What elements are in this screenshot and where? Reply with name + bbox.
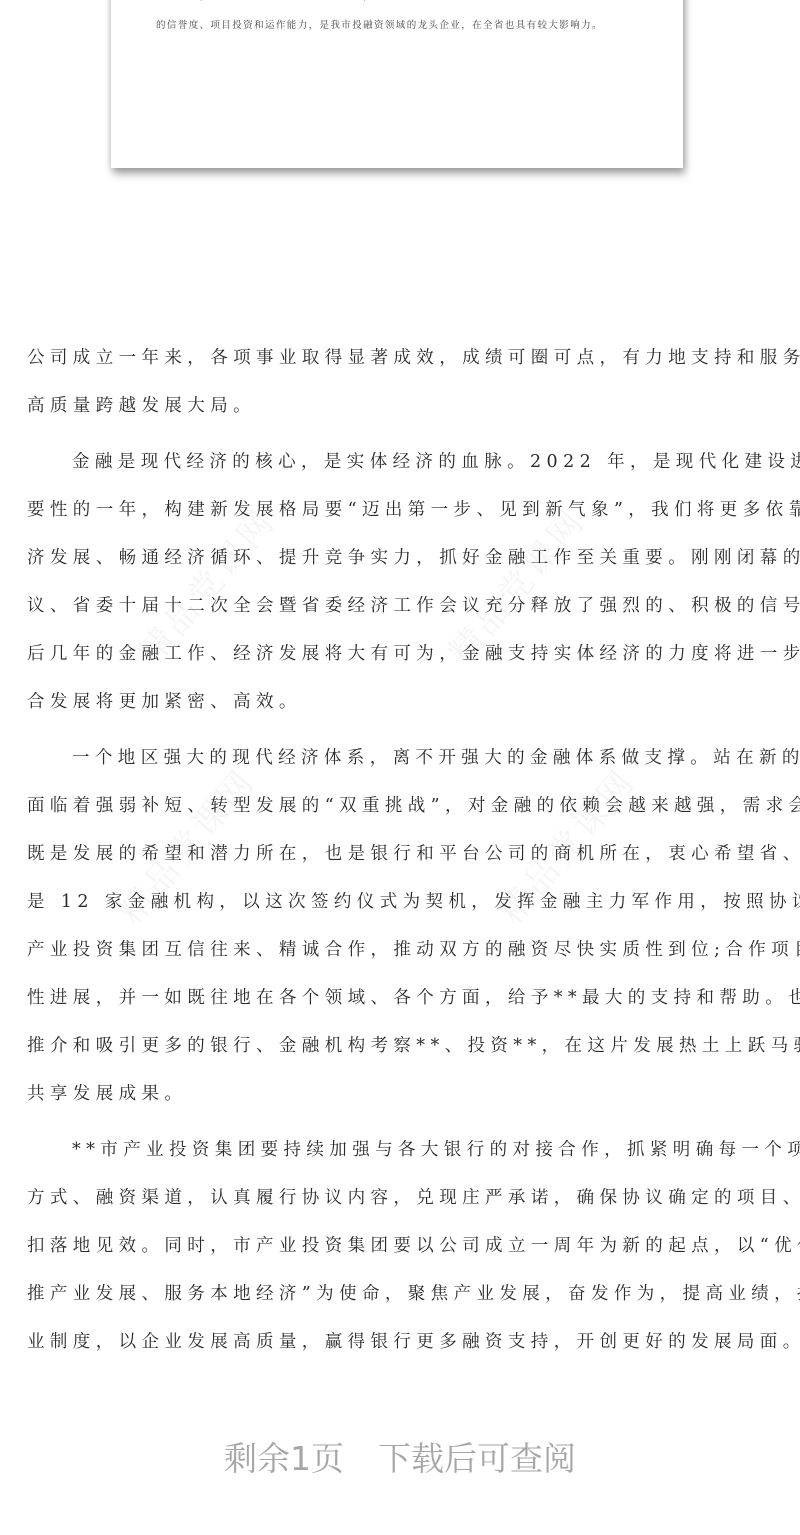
text-line: 要性的一年，构建新发展格局要“迈出第一步、见到新气象”，我们将更多依靠内需，拉动…	[27, 486, 775, 534]
preview-page-card: 融资公司，具有较高的资信评级和融资能力，其全资及控股子公司也具有较高 的信誉度、…	[111, 0, 683, 168]
text-line: 面临着强弱补短、转型发展的“双重挑战”，对金融的依赖会越来越强，需求会越来越大，…	[27, 782, 775, 830]
text-line: 扣落地见效。同时，市产业投资集团要以公司成立一周年为新的起点，以“优化金融配置、…	[27, 1222, 775, 1270]
text-line: 公司成立一年来，各项事业取得显著成效，成绩可圈可点，有力地支持和服务了全市经济社…	[27, 334, 775, 382]
download-to-read-more-banner[interactable]: 剩余1页下载后可查阅	[0, 1433, 800, 1480]
document-body: 公司成立一年来，各项事业取得显著成效，成绩可圈可点，有力地支持和服务了全市经济社…	[27, 334, 775, 1374]
text-line: 合发展将更加紧密、高效。	[27, 678, 775, 726]
text-line: 议、省委十届十二次全会暨省委经济工作会议充分释放了强烈的、积极的信号，相信明年及…	[27, 582, 775, 630]
text-line: 方式、融资渠道，认真履行协议内容，兑现庄严承诺，确保协议确定的项目、投资额度不折…	[27, 1174, 775, 1222]
paragraph: 一个地区强大的现代经济体系，离不开强大的金融体系做支撑。站在新的历史起点，** …	[27, 734, 775, 1118]
preview-page-line: 的信誉度、项目投资和运作能力，是我市投融资领域的龙头企业，在全省也具有较大影响力…	[156, 17, 646, 31]
text-line: 性进展，并一如既往地在各个领域、各个方面，给予**最大的支持和帮助。也希望通过大…	[27, 974, 775, 1022]
text-line: 是 12 家金融机构，以这次签约仪式为契机，发挥金融主力军作用，按照协议的约定，…	[27, 878, 775, 926]
paragraph: 金融是现代经济的核心，是实体经济的血脉。2022 年，是现代化建设进程中具有特殊…	[27, 438, 775, 726]
preview-page-line: 融资公司，具有较高的资信评级和融资能力，其全资及控股子公司也具有较高	[156, 0, 646, 2]
text-line: 一个地区强大的现代经济体系，离不开强大的金融体系做支撑。站在新的历史起点，**	[27, 734, 775, 782]
text-line: 既是发展的希望和潜力所在，也是银行和平台公司的商机所在，衷心希望省、市各大银行特…	[27, 830, 775, 878]
paragraph: **市产业投资集团要持续加强与各大银行的对接合作，抓紧明确每一个项目的具体合作 …	[27, 1126, 775, 1366]
download-to-view-label[interactable]: 下载后可查阅	[378, 1433, 576, 1480]
text-line: 高质量跨越发展大局。	[27, 382, 775, 430]
text-line: 济发展、畅通经济循环、提升竞争实力，抓好金融工作至关重要。刚刚闭幕的中央经济工作…	[27, 534, 775, 582]
text-line: 后几年的金融工作、经济发展将大有可为，金融支持实体经济的力度将进一步加大，二者的…	[27, 630, 775, 678]
text-line: 推产业发展、服务本地经济”为使命，聚焦产业发展，奋发作为，提高业绩，抓紧建立现代…	[27, 1270, 775, 1318]
text-line: 金融是现代经济的核心，是实体经济的血脉。2022 年，是现代化建设进程中具有特殊…	[27, 438, 775, 486]
remaining-pages-label[interactable]: 剩余1页	[224, 1433, 344, 1480]
text-line: 共享发展成果。	[27, 1070, 775, 1118]
paragraph: 公司成立一年来，各项事业取得显著成效，成绩可圈可点，有力地支持和服务了全市经济社…	[27, 334, 775, 430]
text-line: **市产业投资集团要持续加强与各大银行的对接合作，抓紧明确每一个项目的具体合作	[27, 1126, 775, 1174]
text-line: 业制度，以企业发展高质量，赢得银行更多融资支持，开创更好的发展局面。市财政局要学…	[27, 1318, 775, 1366]
text-line: 产业投资集团互信往来、精诚合作，推动双方的融资尽快实质性到位;合作项目尽快取得实…	[27, 926, 775, 974]
text-line: 推介和吸引更多的银行、金融机构考察**、投资**，在这片发展热土上跃马驰骋、逐鹿…	[27, 1022, 775, 1070]
